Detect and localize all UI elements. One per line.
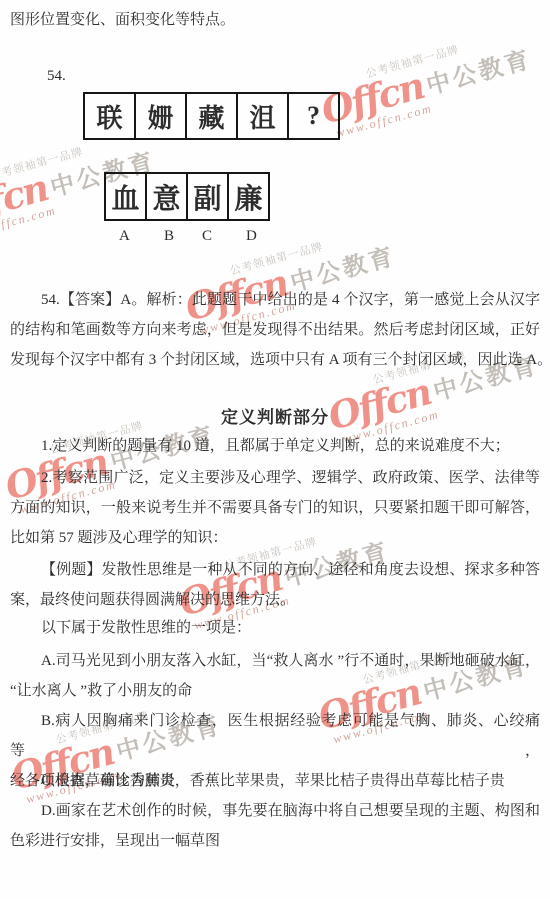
option-a-line: “让水离人 ”救了小朋友的命 <box>10 676 540 706</box>
example-line: 【例题】发散性思维是一种从不同的方向、途径和角度去设想、探求多种答 <box>10 555 540 585</box>
puzzle-stimulus-grid: 联 姗 藏 沮 ? <box>83 92 340 140</box>
example-option-a: A.司马光见到小朋友落入水缸，当“救人离水 ”行不通时，果断地砸破水缸， “让水… <box>10 646 540 706</box>
document-page: 公考领袖第一品牌 Offcn 中公教育 www.offcn.com 公考领袖第一… <box>0 0 550 899</box>
document-content: 图形位置变化、面积变化等特点。 54. 联 姗 藏 沮 ? 血 意 副 廉 A … <box>0 0 550 899</box>
option-letter-b: B <box>164 228 174 245</box>
option-cell-c: 副 <box>186 172 229 221</box>
example-option-d: D.画家在艺术创作的时候，事先要在脑海中将自己想要呈现的主题、构图和 色彩进行安… <box>10 796 540 856</box>
option-letter-a: A <box>119 228 130 245</box>
option-b-line: B.病人因胸痛来门诊检查，医生根据经验考虑可能是气胸、肺炎、心绞痛等， <box>10 706 540 766</box>
stimulus-cell: 沮 <box>236 92 289 140</box>
point2-line: 比如第 57 题涉及心理学的知识： <box>10 523 540 553</box>
stimulus-cell: 姗 <box>134 92 187 140</box>
option-d-line: 色彩进行安排，呈现出一幅草图 <box>10 826 540 856</box>
question-number: 54. <box>47 68 66 85</box>
intro-paragraph: 图形位置变化、面积变化等特点。 <box>10 5 540 35</box>
section-point2: 2.考察范围广泛，定义主要涉及心理学、逻辑学、政府政策、医学、法律等 方面的知识… <box>10 463 540 553</box>
section-title: 定义判断部分 <box>0 403 550 428</box>
option-cell-d: 廉 <box>227 172 270 221</box>
answer-line: 54.【答案】A。解析：此题题干中给出的是 4 个汉字，第一感觉上会从汉字 <box>10 285 540 315</box>
point1-line: 1.定义判断的题量有 10 道，且都属于单定义判断，总的来说难度不大； <box>10 431 540 461</box>
stimulus-cell: 联 <box>83 92 136 140</box>
option-cell-a: 血 <box>104 172 147 221</box>
option-d-line: D.画家在艺术创作的时候，事先要在脑海中将自己想要呈现的主题、构图和 <box>10 796 540 826</box>
question-stem: 以下属于发散性思维的一项是： <box>10 613 540 643</box>
answer-explanation-paragraph: 54.【答案】A。解析：此题题干中给出的是 4 个汉字，第一感觉上会从汉字 的结… <box>10 285 540 375</box>
option-letter-d: D <box>246 228 257 245</box>
puzzle-options-grid: 血 意 副 廉 <box>104 172 270 221</box>
question-stem-paragraph: 以下属于发散性思维的一项是： <box>10 613 540 643</box>
question-mark-cell: ? <box>287 92 340 140</box>
option-a-line: A.司马光见到小朋友落入水缸，当“救人离水 ”行不通时，果断地砸破水缸， <box>10 646 540 676</box>
point2-line: 方面的知识，一般来说考生并不需要具备专门的知识，只要紧扣题干即可解答， <box>10 493 540 523</box>
option-cell-b: 意 <box>145 172 188 221</box>
answer-line: 的结构和笔画数等方向来考虑，但是发现得不出结果。然后考虑封闭区域，正好 <box>10 315 540 345</box>
answer-line: 发现每个汉字中都有 3 个封闭区域，选项中只有 A 项有三个封闭区域，因此选 A… <box>10 345 540 375</box>
option-letter-c: C <box>202 228 212 245</box>
example-option-c: C.根据草莓比香蕉贵，香蕉比苹果贵，苹果比桔子贵得出草莓比桔子贵 <box>10 766 540 796</box>
option-c-line: C.根据草莓比香蕉贵，香蕉比苹果贵，苹果比桔子贵得出草莓比桔子贵 <box>10 766 540 796</box>
example-line: 案，最终使问题获得圆满解决的思维方法。 <box>10 585 540 615</box>
intro-text: 图形位置变化、面积变化等特点。 <box>10 5 540 35</box>
stimulus-cell: 藏 <box>185 92 238 140</box>
section-point1: 1.定义判断的题量有 10 道，且都属于单定义判断，总的来说难度不大； <box>10 431 540 461</box>
point2-line: 2.考察范围广泛，定义主要涉及心理学、逻辑学、政府政策、医学、法律等 <box>10 463 540 493</box>
example-paragraph: 【例题】发散性思维是一种从不同的方向、途径和角度去设想、探求多种答 案，最终使问… <box>10 555 540 615</box>
